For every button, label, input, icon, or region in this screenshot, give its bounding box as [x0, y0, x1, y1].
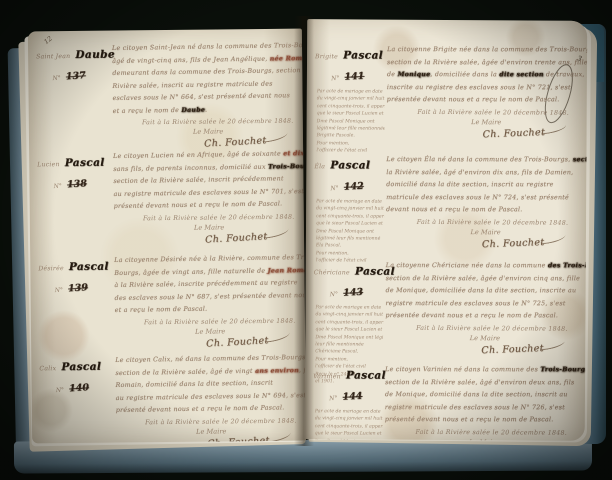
- ink-smudge-word: des Trois-Bourgs: [548, 262, 587, 269]
- register-entry-137: Saint Jean Daube N° 137 Le citoyen Saint…: [34, 41, 295, 150]
- closing-line: Fait à la Rivière salée le 20 décembre 1…: [144, 317, 297, 326]
- number-value: 138: [67, 178, 87, 190]
- officer-signature: Ch. Fouchet: [206, 333, 297, 349]
- line-text: et a reçu le nom de Pascal.: [115, 306, 208, 314]
- body-lines: La citoyenne Chériciane née dans la comm…: [385, 260, 577, 324]
- entry-margin: Lucien Pascal N° 138: [37, 151, 107, 192]
- marginal-note: Par acte de mariage en datedu vingt-cinq…: [313, 408, 383, 441]
- body-lines: Le citoyen Éla né dans la commune des Tr…: [386, 154, 578, 218]
- handwritten-line: que le sieur Pascal Lucien et: [317, 110, 385, 118]
- surname-label: Pascal: [69, 261, 109, 273]
- line-text: domicilié dans la dite section, inscrit …: [386, 181, 553, 188]
- line-text: Rivière salée, inscrit au registre matri…: [112, 80, 272, 90]
- right-page: 3 Brigite Pascal N° 141 Par acte de mari…: [305, 19, 588, 441]
- margin-name: Lucien Pascal: [37, 151, 107, 171]
- line-text: Pour mention,: [317, 141, 350, 146]
- given-name: Éla: [314, 163, 325, 170]
- line-text: Par acte de mariage en date: [317, 89, 383, 94]
- line-text: cent cinquante-trois, il appert: [315, 424, 383, 429]
- register-entry-139: Désirée Pascal N° 139 La citoyenne Désir…: [36, 253, 297, 349]
- line-text: Dme Pascal Monique ont: [316, 229, 374, 234]
- line-text: section de la Rivière salée, inscrit pré…: [113, 175, 283, 185]
- handwritten-line: de Monique, domiciliée dans la dite sect…: [386, 285, 578, 298]
- handwritten-line: et a reçu le nom de Daube.: [113, 103, 295, 118]
- number-prefix: N°: [53, 183, 62, 191]
- ink-smudge-word: Trois-Bourgs: [540, 366, 587, 373]
- register-entry-144: Varinien Pascal N° 144 Par acte de maria…: [311, 363, 578, 441]
- handwritten-line: La citoyenne Chériciane née dans la comm…: [386, 260, 578, 273]
- closing-line: Fait à la Rivière salée le 20 décembre 1…: [417, 108, 578, 116]
- handwritten-line: présentée devant nous et a reçu le nom d…: [385, 310, 577, 323]
- line-text: de Monique, domicilié dans la dite secti…: [385, 391, 568, 398]
- handwritten-line: registre matricule des esclaves sous le …: [385, 402, 577, 415]
- line-text: Dme Pascal Monique ont légitimé: [315, 335, 383, 340]
- margin-name: Saint Jean Daube: [36, 43, 106, 63]
- body-lines: Le citoyen Lucien né en Afrique, âgé de …: [113, 149, 296, 213]
- line-text: la Rivière salée, âgé d'environ dix ans,…: [386, 169, 573, 176]
- given-name: Chériciane: [314, 269, 350, 276]
- handwritten-line: section de la Rivière salée, âgé d'envir…: [385, 377, 577, 390]
- line-text: que le sieur Pascal Lucien et: [315, 431, 382, 436]
- register-entry-138: Lucien Pascal N° 138 Le citoyen Lucien n…: [35, 149, 296, 245]
- left-page: 12 Saint Jean Daube N° 137 Le citoyen Sa…: [28, 29, 306, 444]
- number-prefix: N°: [56, 387, 65, 395]
- entry-number: N° 137: [36, 62, 107, 85]
- line-text: inscrite au registre des esclaves sous l…: [387, 84, 571, 91]
- line-text: La citoyenne Désirée née à la Rivière, c…: [114, 254, 306, 264]
- line-text: section de la Rivière salée, âgé d'envir…: [385, 379, 574, 386]
- entry-body: La citoyenne Désirée née à la Rivière, c…: [114, 253, 297, 348]
- line-text: La citoyenne Brigite née dans la commune…: [387, 46, 587, 53]
- entry-body: La citoyenne Brigite née dans la commune…: [387, 44, 580, 139]
- line-text: du vingt-cinq janvier mil huit: [316, 207, 384, 212]
- line-text: Brigitte Pascale.: [317, 134, 355, 139]
- entry-body: Le citoyen Varinien né dans la commune d…: [385, 364, 578, 441]
- line-text: présenté devant nous et a reçu le nom de…: [385, 416, 554, 423]
- line-text: Dme Pascal Monique ont: [317, 119, 375, 124]
- line-text: présentée devant nous et a reçu le nom d…: [385, 312, 558, 319]
- surname-label: Pascal: [330, 159, 370, 171]
- entry-margin: Varinien Pascal N° 144 Par acte de maria…: [313, 363, 384, 441]
- line-text: section de la Rivière salée, âgée d'envi…: [387, 59, 587, 66]
- entry-margin: Calix Pascal N° 140: [39, 355, 109, 396]
- line-text: .: [205, 106, 207, 113]
- margin-name: Brigite Pascal: [315, 43, 385, 62]
- officer-signature: Ch. Fouchet: [205, 229, 296, 245]
- line-text: Le citoyen Varinien né dans la commune d…: [385, 366, 540, 373]
- margin-name: Calix Pascal: [39, 355, 109, 375]
- line-text: Pour mention,: [315, 357, 348, 362]
- margin-name: Chériciane Pascal: [314, 259, 384, 278]
- line-text: demeurant dans la commune des Trois-Bour…: [112, 67, 306, 77]
- entry-body: Le citoyen Saint-Jean né dans la commune…: [112, 41, 295, 149]
- line-text: présentée devant nous et a reçu le nom d…: [387, 96, 560, 103]
- ink-smudge-word: Daube: [181, 106, 205, 113]
- handwritten-line: matricule des esclaves sous le N° 724, s…: [386, 192, 578, 205]
- closing-line: Fait à la Rivière salée le 20 décembre 1…: [417, 218, 578, 226]
- register-entry-140: Calix Pascal N° 140 Le citoyen Calix, né…: [37, 353, 298, 444]
- body-lines: Le citoyen Calix, né dans la commune des…: [115, 353, 298, 417]
- line-text: Pour mention,: [316, 251, 349, 256]
- register-entry-142: Éla Pascal N° 142 Par acte de mariage en…: [312, 153, 579, 248]
- line-text: légitimé leur fils mentionné: [316, 236, 380, 241]
- red-ink-smudge-word: Jean Romain: [268, 266, 307, 274]
- ink-smudge-word: Trois-Bourgs: [268, 162, 306, 170]
- line-text: Le citoyen Lucien né en Afrique, âgé de …: [113, 150, 283, 160]
- line-text: esclaves sous le N° 664, s'est présenté …: [112, 92, 290, 102]
- register-entry-143: Chériciane Pascal N° 143 Par acte de mar…: [311, 259, 578, 354]
- handwritten-line: que le sieur Pascal Lucien et: [316, 220, 384, 228]
- line-text: et a reçu le nom de: [113, 106, 182, 114]
- red-ink-smudge-word: ans environ: [255, 367, 299, 375]
- body-lines: Le citoyen Varinien né dans la commune d…: [385, 364, 577, 428]
- line-text: âgé de vingt-cinq ans, fils de Jean Angé…: [112, 55, 270, 64]
- line-text: Romain, domicilié dans la dite section, …: [116, 380, 274, 389]
- entry-body: La citoyenne Chériciane née dans la comm…: [385, 260, 578, 355]
- line-text: que le sieur Pascal Lucien et: [315, 327, 382, 332]
- line-text: devant nous et a reçu le nom de Pascal.: [386, 206, 522, 213]
- line-text: que le sieur Pascal Lucien et: [317, 111, 384, 116]
- ink-smudge-word: Monique: [397, 71, 430, 78]
- handwritten-line: devant nous et a reçu le nom de Pascal.: [386, 204, 578, 217]
- entry-number: N° 140: [39, 374, 110, 397]
- handwritten-line: du vingt-cinq janvier mil huit: [316, 206, 384, 214]
- given-name: Saint Jean: [36, 53, 70, 60]
- line-text: du vingt-cinq janvier mil huit: [315, 417, 383, 422]
- line-text: que le sieur Pascal Lucien et: [316, 221, 383, 226]
- handwritten-line: inscrite au registre des esclaves sous l…: [387, 82, 579, 95]
- body-lines: La citoyenne Brigite née dans la commune…: [387, 44, 579, 108]
- entry-body: Le citoyen Lucien né en Afrique, âgé de …: [113, 149, 296, 244]
- surname-label: Pascal: [346, 369, 386, 381]
- line-text: des esclaves sous le N° 687, s'est prése…: [115, 291, 307, 301]
- handwritten-line: que le sieur Pascal Lucien et: [315, 430, 383, 438]
- entry-number: N° 138: [37, 170, 108, 193]
- line-text: cent cinquante-trois, il appert: [316, 214, 384, 219]
- handwritten-line: de Monique, domiciliée dans la dite sect…: [387, 69, 579, 82]
- handwritten-line: présenté devant nous et a reçu le nom de…: [114, 198, 296, 213]
- line-text: Le citoyen Saint-Jean né dans la commune…: [112, 42, 306, 52]
- number-value: 137: [65, 70, 85, 82]
- handwritten-line: registre matricule des esclaves sous le …: [386, 298, 578, 311]
- line-text: de Monique, domiciliée dans la dite sect…: [386, 287, 577, 294]
- closing-line: Fait à la Rivière salée le 20 décembre 1…: [143, 213, 296, 222]
- handwritten-line: de Monique, domicilié dans la dite secti…: [385, 389, 577, 402]
- line-text: Par acte de mariage en date: [316, 305, 382, 310]
- closing-line: Fait à la Rivière salée le 20 décembre 1…: [142, 118, 295, 127]
- number-prefix: N°: [330, 185, 339, 192]
- entry-margin: Brigite Pascal N° 141 Par acte de mariag…: [314, 43, 385, 155]
- line-text: au registre matricule des esclaves sous …: [113, 188, 304, 198]
- handwritten-line: La citoyenne Brigite née dans la commune…: [387, 44, 579, 57]
- line-text: registre matricule des esclaves sous le …: [386, 300, 566, 307]
- handwritten-line: section de la Rivière salée, âgée d'envi…: [386, 273, 578, 286]
- handwritten-line: la Rivière salée, âgé d'environ dix ans,…: [386, 167, 578, 180]
- number-value: 144: [342, 391, 362, 403]
- surname-label: Pascal: [65, 157, 105, 169]
- officer-signature: Ch. Fouchet: [482, 125, 578, 140]
- number-value: 141: [344, 71, 364, 83]
- line-text: Le citoyen Calix, né dans la commune des…: [115, 354, 306, 364]
- given-name: Désirée: [38, 265, 64, 272]
- line-text: Éla Pascal.: [316, 244, 341, 249]
- entry-number: N° 141: [315, 63, 386, 85]
- number-prefix: N°: [52, 75, 61, 83]
- entry-number: N° 142: [314, 173, 385, 195]
- margin-name: Désirée Pascal: [38, 255, 108, 275]
- handwritten-line: présenté devant nous et a reçu le nom de…: [385, 414, 577, 427]
- line-text: , domiciliée dans la: [430, 71, 499, 78]
- line-text: de: [387, 71, 398, 78]
- handwritten-line: présenté devant nous et a reçu le nom de…: [116, 402, 298, 417]
- line-text: du vingt-cinq janvier mil huit: [315, 313, 383, 318]
- given-name: Lucien: [37, 161, 59, 168]
- line-text: Par acte de mariage en date: [316, 199, 382, 204]
- line-text: Par acte de mariage en date: [315, 409, 381, 414]
- handwritten-line: et a reçu le nom de Pascal.: [115, 302, 297, 317]
- line-text: cent cinquante-trois, il appert: [315, 320, 383, 325]
- red-ink-smudge-word: et dix: [283, 150, 304, 157]
- officer-signature: Ch. Fouchet: [204, 134, 295, 150]
- given-name: Brigite: [315, 53, 338, 60]
- surname-label: Pascal: [343, 49, 383, 61]
- line-text: sans fils, de parents inconnus, domicili…: [113, 163, 268, 172]
- closing-line: Fait à la Rivière salée le 20 décembre 1…: [416, 324, 577, 332]
- number-value: 142: [344, 181, 364, 193]
- entry-margin: Éla Pascal N° 142 Par acte de mariage en…: [314, 153, 385, 265]
- number-prefix: N°: [330, 291, 339, 298]
- margin-name: Éla Pascal: [314, 153, 384, 172]
- officer-signature: Ch. Fouchet: [481, 341, 577, 356]
- red-ink-smudge-word: née Romain: [270, 54, 306, 62]
- line-text: présenté devant nous et a reçu le nom de…: [114, 200, 283, 210]
- ink-smudge-word: section: [573, 156, 588, 163]
- given-name: Varinien: [313, 373, 341, 380]
- number-value: 140: [69, 382, 89, 394]
- handwritten-line: Le citoyen Éla né dans la commune des Tr…: [386, 154, 578, 167]
- entry-number: N° 139: [38, 274, 109, 297]
- line-text: cent cinquante-trois, il appert: [317, 104, 385, 109]
- line-text: Bourgs, âgée de vingt ans, fille naturel…: [114, 267, 267, 276]
- handwritten-line: Le citoyen Varinien né dans la commune d…: [385, 364, 577, 377]
- number-value: 143: [343, 287, 363, 299]
- marginal-note: Par acte de mariage en datedu vingt-cinq…: [314, 198, 384, 265]
- handwritten-line: du vingt-cinq janvier mil huit: [317, 96, 385, 104]
- line-text: de travaux, précédem-: [544, 71, 588, 78]
- line-text: La citoyenne Chériciane née dans la comm…: [386, 262, 548, 269]
- number-prefix: N°: [329, 395, 338, 402]
- closing-line: Fait à la Rivière salée le 20 décembre 1…: [415, 428, 576, 436]
- surname-label: Daube: [75, 49, 115, 61]
- line-text: matricule des esclaves sous le N° 724, s…: [386, 194, 569, 201]
- line-text: Le citoyen Éla né dans la commune des Tr…: [386, 156, 572, 163]
- given-name: Calix: [39, 365, 56, 372]
- entry-body: Le citoyen Calix, né dans la commune des…: [115, 353, 298, 444]
- line-text: Chériciane Pascal.: [315, 350, 358, 355]
- marginal-note: Par acte de mariage en datedu vingt-cinq…: [314, 88, 384, 155]
- number-value: 139: [68, 282, 88, 294]
- entry-margin: Désirée Pascal N° 139: [38, 255, 108, 296]
- line-text: registre matricule des esclaves sous le …: [385, 404, 565, 411]
- handwritten-line: présentée devant nous et a reçu le nom d…: [387, 94, 579, 107]
- entry-body: Le citoyen Éla né dans la commune des Tr…: [386, 154, 579, 249]
- line-text: à la Rivière salée, inscrite précédemmen…: [114, 279, 297, 289]
- body-lines: Le citoyen Saint-Jean né dans la commune…: [112, 41, 295, 118]
- line-text: section de la Rivière salée, âgé de ving…: [115, 367, 255, 376]
- body-lines: La citoyenne Désirée née à la Rivière, c…: [114, 253, 297, 317]
- handwritten-line: domicilié dans la dite section, inscrit …: [386, 179, 578, 192]
- ink-smudge-word: dite section: [499, 71, 543, 78]
- handwritten-line: que le sieur Pascal Lucien et: [315, 326, 383, 334]
- line-text: section de la Rivière salée, âgée d'envi…: [386, 275, 580, 282]
- number-prefix: N°: [55, 287, 64, 295]
- number-prefix: N°: [331, 75, 340, 82]
- closing-line: Fait à la Rivière salée le 20 décembre 1…: [145, 417, 298, 426]
- entry-number: N° 144: [313, 383, 384, 405]
- line-text: présenté devant nous et a reçu le nom de…: [116, 404, 285, 414]
- margin-name: Varinien Pascal: [313, 363, 383, 382]
- entry-number: N° 143: [313, 279, 384, 301]
- officer-signature: Ch. Fouchet: [482, 235, 578, 250]
- line-text: au registre matricule des esclaves sous …: [116, 392, 307, 402]
- handwritten-line: section de la Rivière salée, âgée d'envi…: [387, 57, 579, 70]
- handwritten-line: du vingt-cinq janvier mil huit: [315, 312, 383, 320]
- entry-margin: Saint Jean Daube N° 137: [36, 43, 106, 84]
- register-entry-141: Brigite Pascal N° 141 Par acte de mariag…: [313, 43, 580, 138]
- line-text: leur fille mentionnée: [315, 342, 363, 347]
- line-text: du vingt-cinq janvier mil huit: [317, 97, 385, 102]
- line-text: légitimé leur fille mentionnée: [317, 126, 385, 131]
- surname-label: Pascal: [61, 361, 101, 373]
